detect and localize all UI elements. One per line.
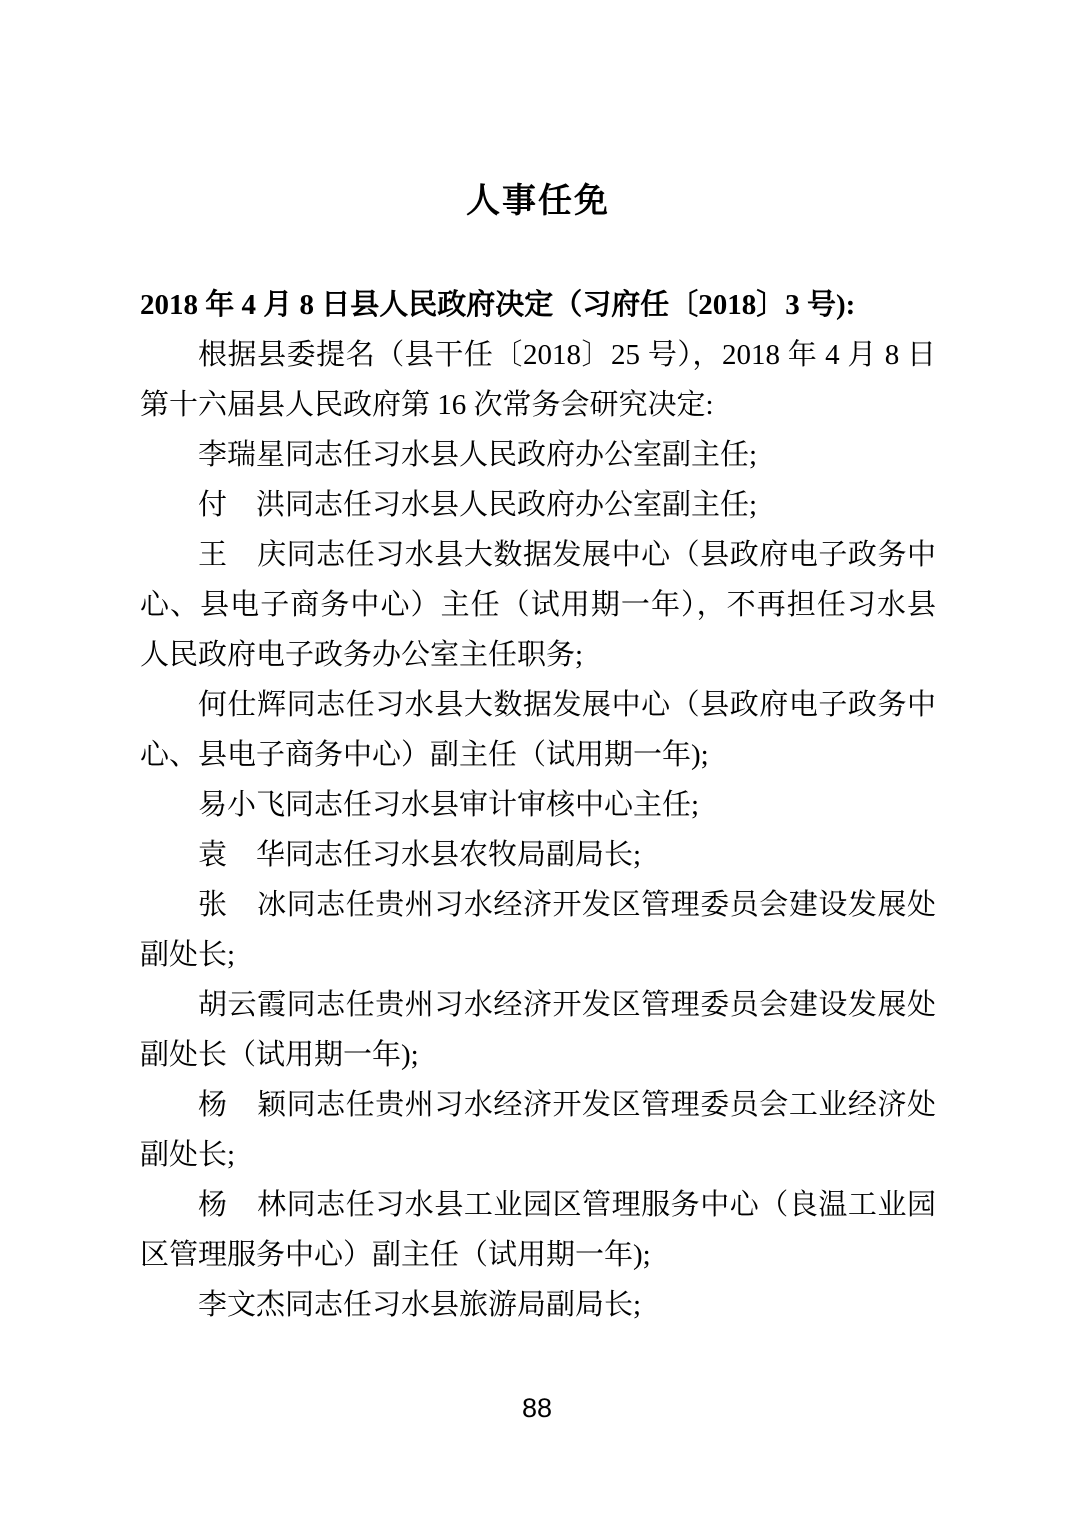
appointment-item: 胡云霞同志任贵州习水经济开发区管理委员会建设发展处副处长（试用期一年); xyxy=(140,980,936,1080)
appointment-item: 杨 林同志任习水县工业园区管理服务中心（良温工业园区管理服务中心）副主任（试用期… xyxy=(140,1180,936,1280)
page-number: 88 xyxy=(0,1392,1074,1424)
paragraph-basis: 根据县委提名（县干任〔2018〕25 号），2018 年 4 月 8 日第十六届… xyxy=(140,330,936,430)
appointment-item: 袁 华同志任习水县农牧局副局长; xyxy=(140,830,936,880)
page-title: 人事任免 xyxy=(140,180,936,224)
appointment-item: 张 冰同志任贵州习水经济开发区管理委员会建设发展处副处长; xyxy=(140,880,936,980)
appointment-item: 李文杰同志任习水县旅游局副局长; xyxy=(140,1280,936,1330)
appointment-item: 何仕辉同志任习水县大数据发展中心（县政府电子政务中心、县电子商务中心）副主任（试… xyxy=(140,680,936,780)
document-content: 人事任免 2018 年 4 月 8 日县人民政府决定（习府任〔2018〕3 号)… xyxy=(140,0,936,1330)
appointment-item: 易小飞同志任习水县审计审核中心主任; xyxy=(140,780,936,830)
document-body: 根据县委提名（县干任〔2018〕25 号），2018 年 4 月 8 日第十六届… xyxy=(140,330,936,1330)
appointment-item: 杨 颖同志任贵州习水经济开发区管理委员会工业经济处副处长; xyxy=(140,1080,936,1180)
appointment-item: 李瑞星同志任习水县人民政府办公室副主任; xyxy=(140,430,936,480)
document-page: 人事任免 2018 年 4 月 8 日县人民政府决定（习府任〔2018〕3 号)… xyxy=(0,0,1074,1520)
appointment-item: 王 庆同志任习水县大数据发展中心（县政府电子政务中心、县电子商务中心）主任（试用… xyxy=(140,530,936,680)
decision-heading: 2018 年 4 月 8 日县人民政府决定（习府任〔2018〕3 号): xyxy=(140,280,936,330)
appointment-item: 付 洪同志任习水县人民政府办公室副主任; xyxy=(140,480,936,530)
